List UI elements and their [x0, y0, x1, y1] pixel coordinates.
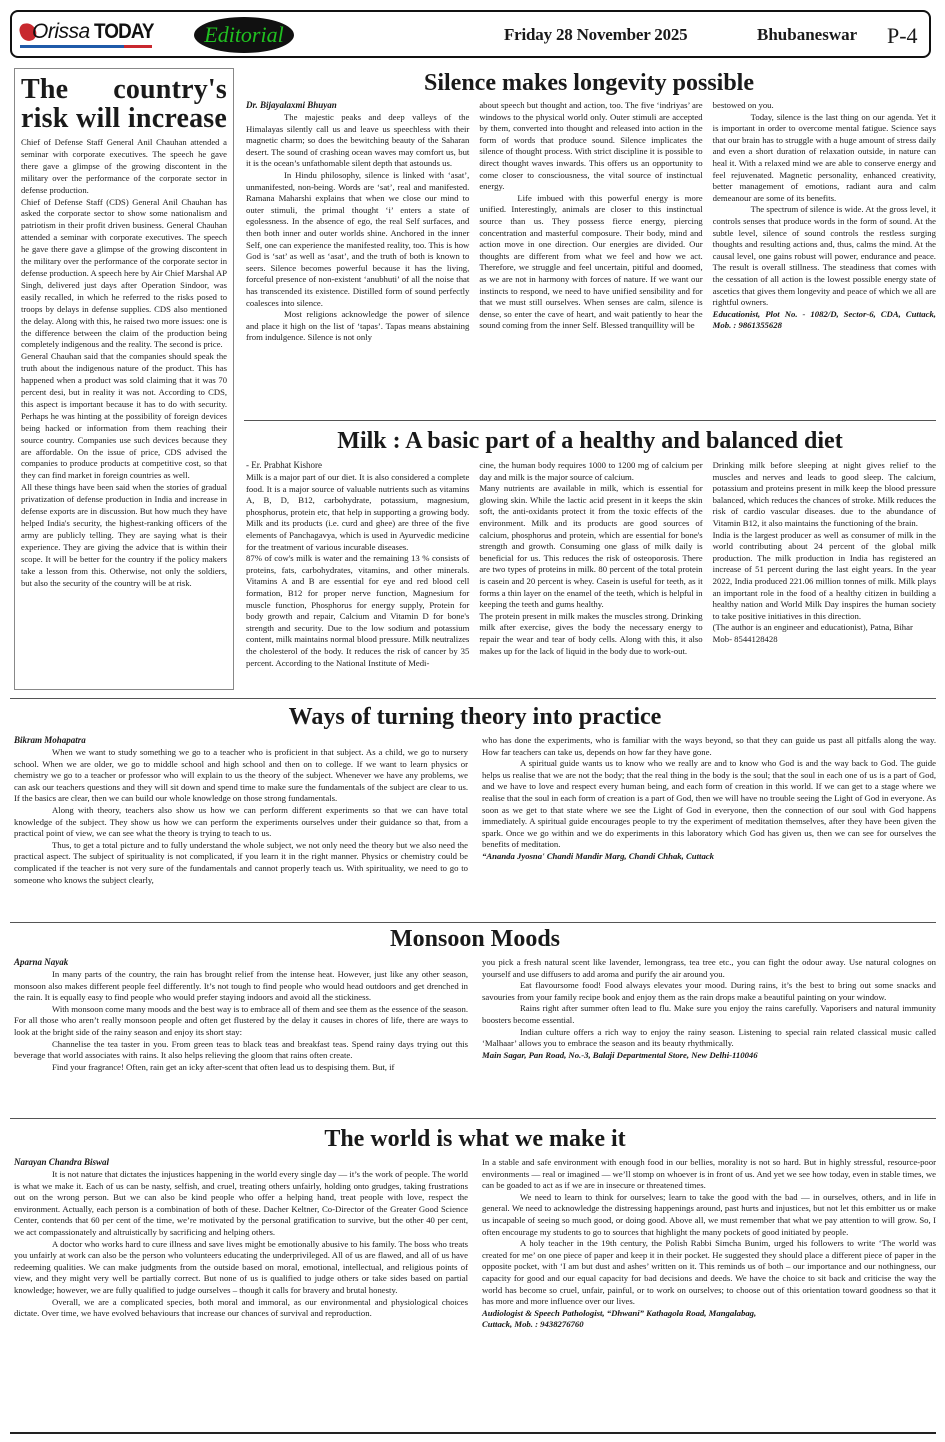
sidebar-paragraph: All these things have been said when the… — [21, 482, 227, 589]
paragraph: Milk is a major part of our diet. It is … — [246, 472, 469, 553]
article-column: you pick a fresh natural scent like lave… — [482, 957, 936, 1073]
article-column: It is not nature that dictates the injus… — [14, 1169, 468, 1331]
orissa-today-logo: Orissa TODAY — [18, 20, 158, 50]
article-column: about speech but thought and action, too… — [479, 100, 702, 344]
paragraph: The majestic peaks and deep valleys of t… — [246, 112, 469, 170]
author-signature: Main Sagar, Pan Road, No.-3, Balaji Depa… — [482, 1050, 936, 1062]
logo-text-today: TODAY — [94, 20, 154, 44]
paragraph: Life imbued with this powerful energy is… — [479, 193, 702, 332]
paragraph: who has done the experiments, who is fam… — [482, 735, 936, 758]
paragraph: about speech but thought and action, too… — [479, 100, 702, 193]
paragraph: In Hindu philosophy, silence is linked w… — [246, 170, 469, 309]
article-column: In many parts of the country, the rain h… — [14, 969, 468, 1073]
article-theory: Bikram Mohapatra When we want to study s… — [14, 735, 936, 886]
section-label: Editorial — [204, 22, 283, 48]
paragraph: cine, the human body requires 1000 to 12… — [479, 460, 702, 483]
sidebar-headline: The country's risk will increase — [21, 75, 227, 133]
author-contact: Cuttack, Mob. : 9438276760 — [482, 1319, 936, 1331]
article-milk: - Er. Prabhat Kishore Milk is a major pa… — [246, 460, 936, 669]
paragraph: bestowed on you. — [713, 100, 936, 112]
article-column: bestowed on you. Today, silence is the l… — [713, 100, 936, 344]
paragraph: Rains right after summer often lead to f… — [482, 1003, 936, 1026]
article-headline-silence: Silence makes longevity possible — [244, 70, 934, 97]
article-column: Milk is a major part of our diet. It is … — [246, 472, 469, 669]
paragraph: Many nutrients are available in milk, wh… — [479, 483, 702, 611]
author-signature: “Ananda Jyosna' Chandi Mandir Marg, Chan… — [482, 851, 936, 863]
paragraph: It is not nature that dictates the injus… — [14, 1169, 468, 1239]
article-silence: Dr. Bijayalaxmi Bhuyan The majestic peak… — [246, 100, 936, 344]
section-badge: Editorial — [194, 17, 294, 53]
paragraph: Along with theory, teachers also show us… — [14, 805, 468, 840]
paragraph: Indian culture offers a rich way to enjo… — [482, 1027, 936, 1050]
paragraph: The protein present in milk makes the mu… — [479, 611, 702, 657]
author-signature: Educationist, Plot No. - 1082/D, Sector-… — [713, 309, 936, 332]
logo-underline-accent — [124, 45, 152, 48]
issue-date: Friday 28 November 2025 — [504, 25, 687, 45]
paragraph: A spiritual guide wants us to know who w… — [482, 758, 936, 851]
logo-underline — [20, 45, 138, 48]
paragraph: The spectrum of silence is wide. At the … — [713, 204, 936, 308]
article-monsoon: Aparna Nayak In many parts of the countr… — [14, 957, 936, 1073]
editorial-sidebar: The country's risk will increase Chief o… — [14, 68, 234, 690]
paragraph: A holy teacher in the 19th century, the … — [482, 1238, 936, 1308]
article-headline-theory: Ways of turning theory into practice — [10, 704, 940, 731]
paragraph: you pick a fresh natural scent like lave… — [482, 957, 936, 980]
masthead: Orissa TODAY Editorial Friday 28 Novembe… — [10, 10, 931, 58]
edition-city: Bhubaneswar — [757, 25, 857, 45]
article-column: In a stable and safe environment with en… — [482, 1157, 936, 1331]
author-contact: Mob- 8544128428 — [713, 634, 936, 646]
paragraph: Channelise the tea taster in you. From g… — [14, 1039, 468, 1062]
article-headline-milk: Milk : A basic part of a healthy and bal… — [244, 428, 936, 455]
paragraph: With monsoon come many moods and the bes… — [14, 1004, 468, 1039]
paragraph: Overall, we are a complicated species, b… — [14, 1297, 468, 1320]
paragraph: A doctor who works hard to cure illness … — [14, 1239, 468, 1297]
article-headline-world: The world is what we make it — [10, 1126, 940, 1153]
article-column: Drinking milk before sleeping at night g… — [713, 460, 936, 669]
paragraph: 87% of cow's milk is water and the remai… — [246, 553, 469, 669]
author-signature: Audiologist & Speech Pathologist, “Dhwan… — [482, 1308, 936, 1320]
paragraph: In many parts of the country, the rain h… — [14, 969, 468, 1004]
sidebar-paragraph: Chief of Defense Staff (CDS) General Ani… — [21, 197, 227, 352]
article-headline-monsoon: Monsoon Moods — [10, 926, 940, 953]
page-bottom-rule — [10, 1432, 936, 1434]
paragraph: We need to learn to think for ourselves;… — [482, 1192, 936, 1238]
paragraph: India is the largest producer as well as… — [713, 530, 936, 623]
sidebar-paragraph: Chief of Defense Staff General Anil Chau… — [21, 137, 227, 197]
sidebar-paragraph: General Chauhan said that the companies … — [21, 351, 227, 482]
paragraph: Eat flavoursome food! Food always elevat… — [482, 980, 936, 1003]
logo-text-orissa: Orissa — [32, 20, 90, 44]
paragraph: (The author is an engineer and education… — [713, 622, 936, 634]
paragraph: Most religions acknowledge the power of … — [246, 309, 469, 344]
article-world: Narayan Chandra Biswal It is not nature … — [14, 1157, 936, 1331]
paragraph: Thus, to get a total picture and to full… — [14, 840, 468, 886]
section-divider — [10, 1118, 936, 1119]
section-divider — [10, 922, 936, 923]
paragraph: In a stable and safe environment with en… — [482, 1157, 936, 1192]
article-column: who has done the experiments, who is fam… — [482, 735, 936, 886]
paragraph: When we want to study something we go to… — [14, 747, 468, 805]
paragraph: Find your fragrance! Often, rain get an … — [14, 1062, 468, 1074]
article-column: cine, the human body requires 1000 to 12… — [479, 460, 702, 669]
article-column: When we want to study something we go to… — [14, 747, 468, 886]
paragraph: Today, silence is the last thing on our … — [713, 112, 936, 205]
page-number: P-4 — [887, 23, 918, 49]
paragraph: Drinking milk before sleeping at night g… — [713, 460, 936, 530]
article-column: The majestic peaks and deep valleys of t… — [246, 112, 469, 344]
section-divider — [10, 698, 936, 699]
section-divider — [244, 420, 936, 421]
